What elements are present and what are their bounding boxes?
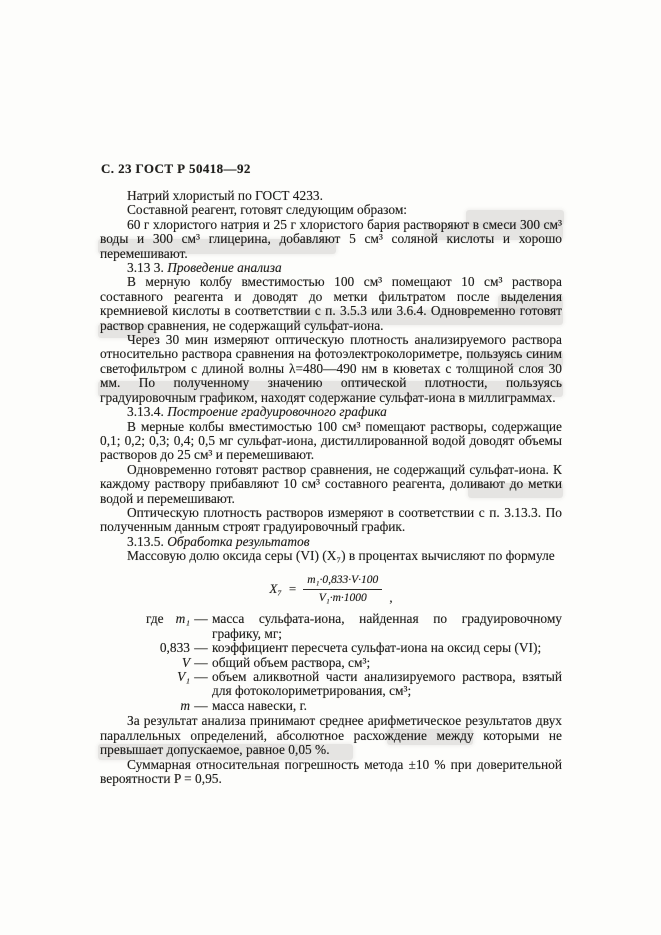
definition-row: гдеm₁—масса сульфата-иона, найденная по … <box>100 612 562 641</box>
definition-term: гдеm₁ <box>146 612 190 641</box>
section-heading: 3.13.4. Построение градуировочного графи… <box>100 405 562 419</box>
paragraph: Натрий хлористый по ГОСТ 4233. <box>100 189 562 203</box>
definition-separator: — <box>190 641 212 655</box>
formula-denominator: V₁·m·1000 <box>319 590 367 606</box>
paragraph: В мерную колбу вместимостью 100 см³ поме… <box>100 275 562 333</box>
section-heading: 3.13.5. Обработка результатов <box>100 535 562 549</box>
formula: X₇=m₁·0,833·V·100V₁·m·1000, <box>100 573 562 606</box>
section-number: 3.13.5. <box>127 534 164 549</box>
definition-prefix: где <box>146 612 164 641</box>
paragraph: Оптическую плотность растворов измеряют … <box>100 506 562 535</box>
definitions-list: гдеm₁—масса сульфата-иона, найденная по … <box>100 612 562 713</box>
paragraph: Через 30 мин измеряют оптическую плотнос… <box>100 333 562 405</box>
definition-separator: — <box>190 699 212 713</box>
definition-term: m <box>146 699 190 713</box>
document-body: Натрий хлористый по ГОСТ 4233.Составной … <box>100 189 562 786</box>
definition-separator: — <box>190 670 212 699</box>
definition-row: 0,833—коэффициент пересчета сульфат-иона… <box>100 641 562 655</box>
paragraph: Массовую долю оксида серы (VI) (X₇) в пр… <box>100 549 562 563</box>
paragraph: Суммарная относительная погрешность мето… <box>100 758 562 787</box>
definition-text: общий объем раствора, см³; <box>212 656 562 670</box>
paragraph: 60 г хлористого натрия и 25 г хлористого… <box>100 218 562 261</box>
definition-symbol: m <box>180 699 190 713</box>
definition-symbol: 0,833 <box>160 641 190 655</box>
page-header: С. 23 ГОСТ Р 50418—92 <box>101 161 251 177</box>
definition-text: масса сульфата-иона, найденная по градуи… <box>212 612 562 641</box>
formula-numerator: m₁·0,833·V·100 <box>303 573 382 590</box>
definition-symbol: m₁ <box>176 612 190 641</box>
definition-separator: — <box>190 612 212 641</box>
definition-term: V <box>146 656 190 670</box>
paragraph: Составной реагент, готовят следующим обр… <box>100 203 562 217</box>
section-number: 3.13 3. <box>127 260 164 275</box>
paragraph: За результат анализа принимают среднее а… <box>100 714 562 757</box>
definition-row: m—масса навески, г. <box>100 699 562 713</box>
definition-text: объем аликвотной части анализируемого ра… <box>212 670 562 699</box>
formula-lhs: X₇ <box>269 582 281 596</box>
paragraph: В мерные колбы вместимостью 100 см³ поме… <box>100 420 562 463</box>
formula-equals: = <box>289 582 296 596</box>
section-title: Построение градуировочного графика <box>167 404 387 419</box>
document-page: С. 23 ГОСТ Р 50418—92 Натрий хлористый п… <box>0 0 661 935</box>
section-heading: 3.13 3. Проведение анализа <box>100 261 562 275</box>
definition-text: коэффициент пересчета сульфат-иона на ок… <box>212 641 562 655</box>
definition-term: 0,833 <box>146 641 190 655</box>
definition-row: V₁—объем аликвотной части анализируемого… <box>100 670 562 699</box>
definition-row: V—общий объем раствора, см³; <box>100 656 562 670</box>
formula-trailing-comma: , <box>389 577 392 605</box>
section-title: Обработка результатов <box>167 534 309 549</box>
section-number: 3.13.4. <box>127 404 164 419</box>
definition-symbol: V <box>182 656 190 670</box>
paragraph: Одновременно готовят раствор сравнения, … <box>100 463 562 506</box>
definition-symbol: V₁ <box>177 670 190 699</box>
definition-text: масса навески, г. <box>212 699 562 713</box>
definition-separator: — <box>190 656 212 670</box>
definition-term: V₁ <box>146 670 190 699</box>
section-title: Проведение анализа <box>167 260 281 275</box>
formula-fraction: m₁·0,833·V·100V₁·m·1000 <box>303 573 382 606</box>
